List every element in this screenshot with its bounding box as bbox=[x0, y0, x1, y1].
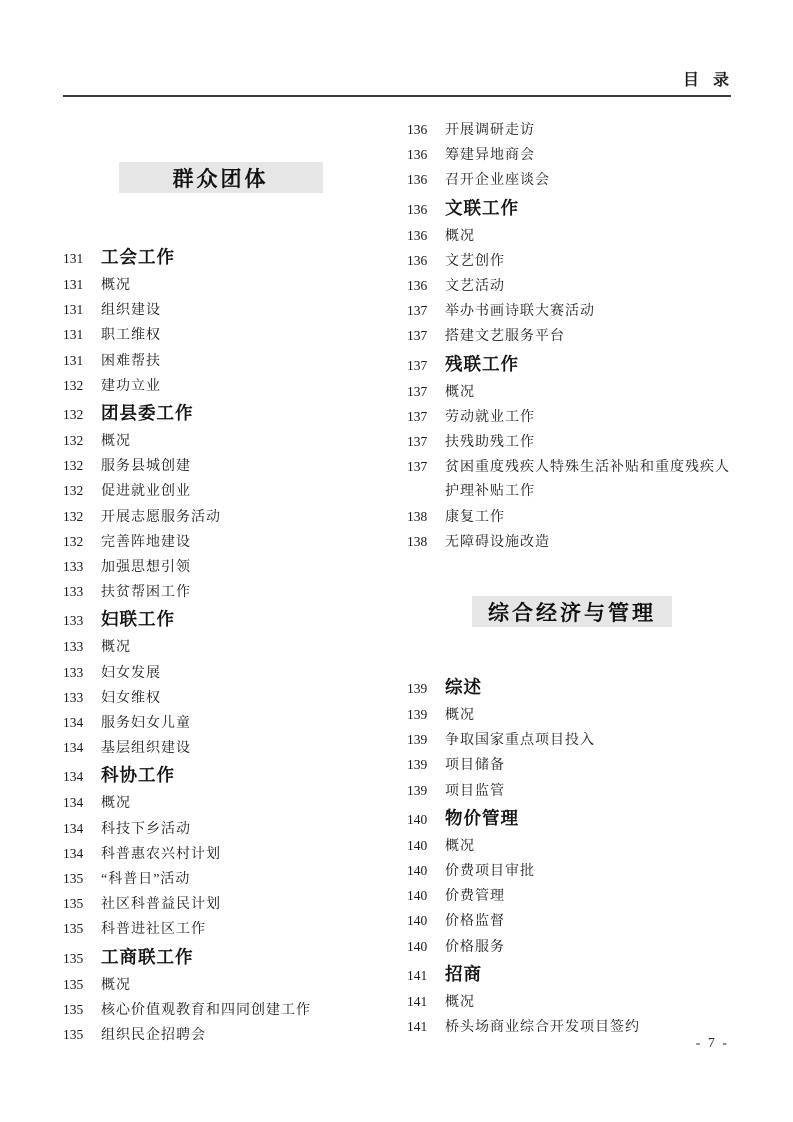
entry-title: 概况 bbox=[445, 381, 737, 405]
entry-title: 举办书画诗联大赛活动 bbox=[445, 300, 737, 324]
entry-page-number: 131 bbox=[63, 273, 101, 297]
entry-title: 开展志愿服务活动 bbox=[101, 506, 378, 530]
entry-title: 工商联工作 bbox=[101, 943, 378, 971]
entry-title: 概况 bbox=[445, 835, 737, 859]
entry-page-number: 140 bbox=[407, 806, 445, 834]
toc-entry: 139 项目储备 bbox=[407, 753, 737, 778]
entry-title: 概况 bbox=[445, 991, 737, 1015]
toc-entry: 134 基层组织建设 bbox=[63, 736, 378, 761]
entry-title: 核心价值观教育和四同创建工作 bbox=[101, 999, 378, 1023]
entry-page-number: 135 bbox=[63, 917, 101, 941]
left-column: 群众团体 131 工会工作 131 概况 131 组织建设 bbox=[63, 0, 378, 1048]
entry-page-number: 131 bbox=[63, 349, 101, 373]
entry-page-number: 139 bbox=[407, 779, 445, 803]
entry-page-number: 135 bbox=[63, 867, 101, 891]
toc-entry: 135 科普进社区工作 bbox=[63, 917, 378, 942]
entry-page-number: 131 bbox=[63, 298, 101, 322]
entry-title: 扶残助残工作 bbox=[445, 431, 737, 455]
toc-entry: 138 康复工作 bbox=[407, 505, 737, 530]
entry-page-number: 132 bbox=[63, 429, 101, 453]
section-header-box: 综合经济与管理 bbox=[472, 596, 672, 627]
entry-page-number: 135 bbox=[63, 998, 101, 1022]
toc-entry: 135 组织民企招聘会 bbox=[63, 1023, 378, 1048]
toc-entry: 141 桥头场商业综合开发项目签约 bbox=[407, 1015, 737, 1040]
toc-entry: 137 搭建文艺服务平台 bbox=[407, 324, 737, 349]
toc-entry: 136 文艺创作 bbox=[407, 249, 737, 274]
entry-page-number: 132 bbox=[63, 530, 101, 554]
entry-title: 团县委工作 bbox=[101, 399, 378, 427]
entry-title: 概况 bbox=[101, 636, 378, 660]
toc-entry: 140 价费管理 bbox=[407, 884, 737, 909]
toc-entry: 135 社区科普益民计划 bbox=[63, 892, 378, 917]
entry-title: 妇女发展 bbox=[101, 662, 378, 686]
toc-list-left: 131 工会工作 131 概况 131 组织建设 131 职工维权 bbox=[63, 243, 378, 1048]
toc-entry: 140 概况 bbox=[407, 834, 737, 859]
entry-title: 组织建设 bbox=[101, 299, 378, 323]
entry-title: 搭建文艺服务平台 bbox=[445, 325, 737, 349]
entry-title: 概况 bbox=[101, 274, 378, 298]
toc-entry: 137 概况 bbox=[407, 380, 737, 405]
toc-entry: 134 概况 bbox=[63, 791, 378, 816]
entry-title: 劳动就业工作 bbox=[445, 406, 737, 430]
entry-title: 工会工作 bbox=[101, 243, 378, 271]
entry-page-number: 132 bbox=[63, 505, 101, 529]
entry-title: 困难帮扶 bbox=[101, 350, 378, 374]
entry-page-number: 135 bbox=[63, 892, 101, 916]
entry-page-number: 136 bbox=[407, 168, 445, 192]
entry-page-number: 134 bbox=[63, 711, 101, 735]
entry-title: 科普惠农兴村计划 bbox=[101, 843, 378, 867]
toc-entry: 132 服务县城创建 bbox=[63, 454, 378, 479]
toc-entry: 134 科普惠农兴村计划 bbox=[63, 842, 378, 867]
entry-title: 科技下乡活动 bbox=[101, 818, 378, 842]
entry-page-number: 140 bbox=[407, 884, 445, 908]
toc-entry: 131 工会工作 bbox=[63, 243, 378, 273]
entry-title: 职工维权 bbox=[101, 324, 378, 348]
entry-title: 贫困重度残疾人特殊生活补贴和重度残疾人护理补贴工作 bbox=[445, 456, 737, 504]
toc-entry: 135 核心价值观教育和四同创建工作 bbox=[63, 998, 378, 1023]
toc-entry: 134 科技下乡活动 bbox=[63, 817, 378, 842]
entry-page-number: 137 bbox=[407, 299, 445, 323]
toc-entry: 133 扶贫帮困工作 bbox=[63, 580, 378, 605]
toc-entry: 132 完善阵地建设 bbox=[63, 530, 378, 555]
toc-entry: 136 文艺活动 bbox=[407, 274, 737, 299]
entry-page-number: 136 bbox=[407, 143, 445, 167]
toc-entry: 133 妇女维权 bbox=[63, 686, 378, 711]
entry-title: 价格监督 bbox=[445, 910, 737, 934]
right-column: 136 开展调研走访 136 筹建异地商会 136 召开企业座谈会 136 文联… bbox=[407, 0, 737, 1040]
toc-entry: 133 妇联工作 bbox=[63, 605, 378, 635]
entry-page-number: 140 bbox=[407, 909, 445, 933]
toc-entry: 137 劳动就业工作 bbox=[407, 405, 737, 430]
entry-page-number: 137 bbox=[407, 430, 445, 454]
toc-entry: 140 价格服务 bbox=[407, 935, 737, 960]
entry-page-number: 136 bbox=[407, 249, 445, 273]
toc-entry: 135 工商联工作 bbox=[63, 943, 378, 973]
entry-page-number: 132 bbox=[63, 401, 101, 429]
entry-page-number: 141 bbox=[407, 1015, 445, 1039]
entry-page-number: 135 bbox=[63, 1023, 101, 1047]
entry-page-number: 135 bbox=[63, 973, 101, 997]
entry-page-number: 140 bbox=[407, 935, 445, 959]
entry-title: 概况 bbox=[445, 225, 737, 249]
entry-title: 社区科普益民计划 bbox=[101, 893, 378, 917]
entry-page-number: 133 bbox=[63, 635, 101, 659]
toc-entry: 132 建功立业 bbox=[63, 374, 378, 399]
toc-entry: 132 促进就业创业 bbox=[63, 479, 378, 504]
toc-entry: 137 举办书画诗联大赛活动 bbox=[407, 299, 737, 324]
entry-title: 完善阵地建设 bbox=[101, 531, 378, 555]
entry-title: 综述 bbox=[445, 673, 737, 701]
toc-entry: 131 概况 bbox=[63, 273, 378, 298]
entry-title: 加强思想引领 bbox=[101, 556, 378, 580]
toc-entry: 132 概况 bbox=[63, 429, 378, 454]
entry-title: 概况 bbox=[101, 792, 378, 816]
entry-title: 服务妇女儿童 bbox=[101, 712, 378, 736]
toc-entry: 139 概况 bbox=[407, 703, 737, 728]
toc-entry: 131 职工维权 bbox=[63, 323, 378, 348]
entry-title: 康复工作 bbox=[445, 506, 737, 530]
entry-title: 价费管理 bbox=[445, 885, 737, 909]
entry-page-number: 141 bbox=[407, 990, 445, 1014]
section-header-box: 群众团体 bbox=[119, 162, 323, 193]
entry-title: 招商 bbox=[445, 960, 737, 988]
toc-entry: 141 招商 bbox=[407, 960, 737, 990]
toc-entry: 133 妇女发展 bbox=[63, 661, 378, 686]
toc-entry: 140 价费项目审批 bbox=[407, 859, 737, 884]
entry-title: 组织民企招聘会 bbox=[101, 1024, 378, 1048]
entry-page-number: 133 bbox=[63, 607, 101, 635]
toc-entry: 132 团县委工作 bbox=[63, 399, 378, 429]
entry-title: 文艺活动 bbox=[445, 275, 737, 299]
entry-page-number: 137 bbox=[407, 455, 445, 479]
entry-title: 无障碍设施改造 bbox=[445, 531, 737, 555]
toc-page: 目 录 群众团体 131 工会工作 131 概况 131 组织建设 bbox=[0, 0, 793, 1122]
entry-title: 概况 bbox=[101, 974, 378, 998]
entry-title: 筹建异地商会 bbox=[445, 144, 737, 168]
entry-page-number: 134 bbox=[63, 763, 101, 791]
entry-page-number: 137 bbox=[407, 405, 445, 429]
toc-entry: 134 科协工作 bbox=[63, 761, 378, 791]
entry-title: “科普日”活动 bbox=[101, 868, 378, 892]
entry-title: 价费项目审批 bbox=[445, 860, 737, 884]
entry-title: 文联工作 bbox=[445, 194, 737, 222]
toc-list-right-bottom: 139 综述 139 概况 139 争取国家重点项目投入 139 项目储备 bbox=[407, 673, 737, 1040]
toc-entry: 137 残联工作 bbox=[407, 350, 737, 380]
toc-entry: 140 价格监督 bbox=[407, 909, 737, 934]
entry-page-number: 138 bbox=[407, 505, 445, 529]
entry-title: 建功立业 bbox=[101, 375, 378, 399]
entry-page-number: 134 bbox=[63, 736, 101, 760]
entry-page-number: 134 bbox=[63, 842, 101, 866]
toc-entry: 133 概况 bbox=[63, 635, 378, 660]
entry-page-number: 133 bbox=[63, 555, 101, 579]
entry-page-number: 136 bbox=[407, 224, 445, 248]
entry-page-number: 133 bbox=[63, 686, 101, 710]
entry-title: 开展调研走访 bbox=[445, 119, 737, 143]
toc-entry: 138 无障碍设施改造 bbox=[407, 530, 737, 555]
entry-page-number: 136 bbox=[407, 274, 445, 298]
entry-page-number: 133 bbox=[63, 661, 101, 685]
entry-page-number: 132 bbox=[63, 454, 101, 478]
entry-title: 争取国家重点项目投入 bbox=[445, 729, 737, 753]
entry-title: 物价管理 bbox=[445, 804, 737, 832]
entry-title: 文艺创作 bbox=[445, 250, 737, 274]
entry-title: 桥头场商业综合开发项目签约 bbox=[445, 1016, 737, 1040]
entry-page-number: 140 bbox=[407, 859, 445, 883]
toc-entry: 136 概况 bbox=[407, 224, 737, 249]
entry-title: 残联工作 bbox=[445, 350, 737, 378]
entry-title: 召开企业座谈会 bbox=[445, 169, 737, 193]
toc-entry: 136 筹建异地商会 bbox=[407, 143, 737, 168]
entry-page-number: 139 bbox=[407, 675, 445, 703]
entry-title: 概况 bbox=[445, 704, 737, 728]
entry-page-number: 132 bbox=[63, 374, 101, 398]
entry-page-number: 132 bbox=[63, 479, 101, 503]
entry-page-number: 135 bbox=[63, 945, 101, 973]
entry-title: 项目监管 bbox=[445, 780, 737, 804]
toc-entry: 131 困难帮扶 bbox=[63, 349, 378, 374]
entry-title: 价格服务 bbox=[445, 936, 737, 960]
entry-title: 概况 bbox=[101, 430, 378, 454]
toc-entry: 135 概况 bbox=[63, 973, 378, 998]
toc-entry: 137 贫困重度残疾人特殊生活补贴和重度残疾人护理补贴工作 bbox=[407, 455, 737, 504]
entry-page-number: 137 bbox=[407, 380, 445, 404]
toc-entry: 131 组织建设 bbox=[63, 298, 378, 323]
entry-page-number: 136 bbox=[407, 118, 445, 142]
entry-page-number: 131 bbox=[63, 245, 101, 273]
entry-page-number: 139 bbox=[407, 753, 445, 777]
toc-entry: 136 召开企业座谈会 bbox=[407, 168, 737, 193]
entry-page-number: 134 bbox=[63, 817, 101, 841]
entry-title: 妇联工作 bbox=[101, 605, 378, 633]
toc-entry: 139 争取国家重点项目投入 bbox=[407, 728, 737, 753]
toc-entry: 133 加强思想引领 bbox=[63, 555, 378, 580]
entry-page-number: 140 bbox=[407, 834, 445, 858]
toc-entry: 136 开展调研走访 bbox=[407, 118, 737, 143]
entry-page-number: 139 bbox=[407, 703, 445, 727]
entry-page-number: 137 bbox=[407, 324, 445, 348]
entry-page-number: 139 bbox=[407, 728, 445, 752]
entry-page-number: 138 bbox=[407, 530, 445, 554]
entry-title: 基层组织建设 bbox=[101, 737, 378, 761]
toc-entry: 139 项目监管 bbox=[407, 779, 737, 804]
entry-title: 妇女维权 bbox=[101, 687, 378, 711]
entry-title: 扶贫帮困工作 bbox=[101, 581, 378, 605]
footer-page-number: - 7 - bbox=[696, 1036, 729, 1052]
entry-title: 促进就业创业 bbox=[101, 480, 378, 504]
entry-page-number: 136 bbox=[407, 196, 445, 224]
entry-title: 服务县城创建 bbox=[101, 455, 378, 479]
toc-entry: 140 物价管理 bbox=[407, 804, 737, 834]
toc-entry: 135 “科普日”活动 bbox=[63, 867, 378, 892]
entry-title: 科普进社区工作 bbox=[101, 918, 378, 942]
entry-title: 项目储备 bbox=[445, 754, 737, 778]
entry-title: 科协工作 bbox=[101, 761, 378, 789]
toc-entry: 141 概况 bbox=[407, 990, 737, 1015]
toc-entry: 134 服务妇女儿童 bbox=[63, 711, 378, 736]
toc-entry: 139 综述 bbox=[407, 673, 737, 703]
toc-list-right-top: 136 开展调研走访 136 筹建异地商会 136 召开企业座谈会 136 文联… bbox=[407, 118, 737, 555]
toc-entry: 136 文联工作 bbox=[407, 194, 737, 224]
entry-page-number: 133 bbox=[63, 580, 101, 604]
toc-entry: 132 开展志愿服务活动 bbox=[63, 505, 378, 530]
entry-page-number: 141 bbox=[407, 962, 445, 990]
entry-page-number: 131 bbox=[63, 323, 101, 347]
entry-page-number: 134 bbox=[63, 791, 101, 815]
entry-page-number: 137 bbox=[407, 352, 445, 380]
toc-entry: 137 扶残助残工作 bbox=[407, 430, 737, 455]
